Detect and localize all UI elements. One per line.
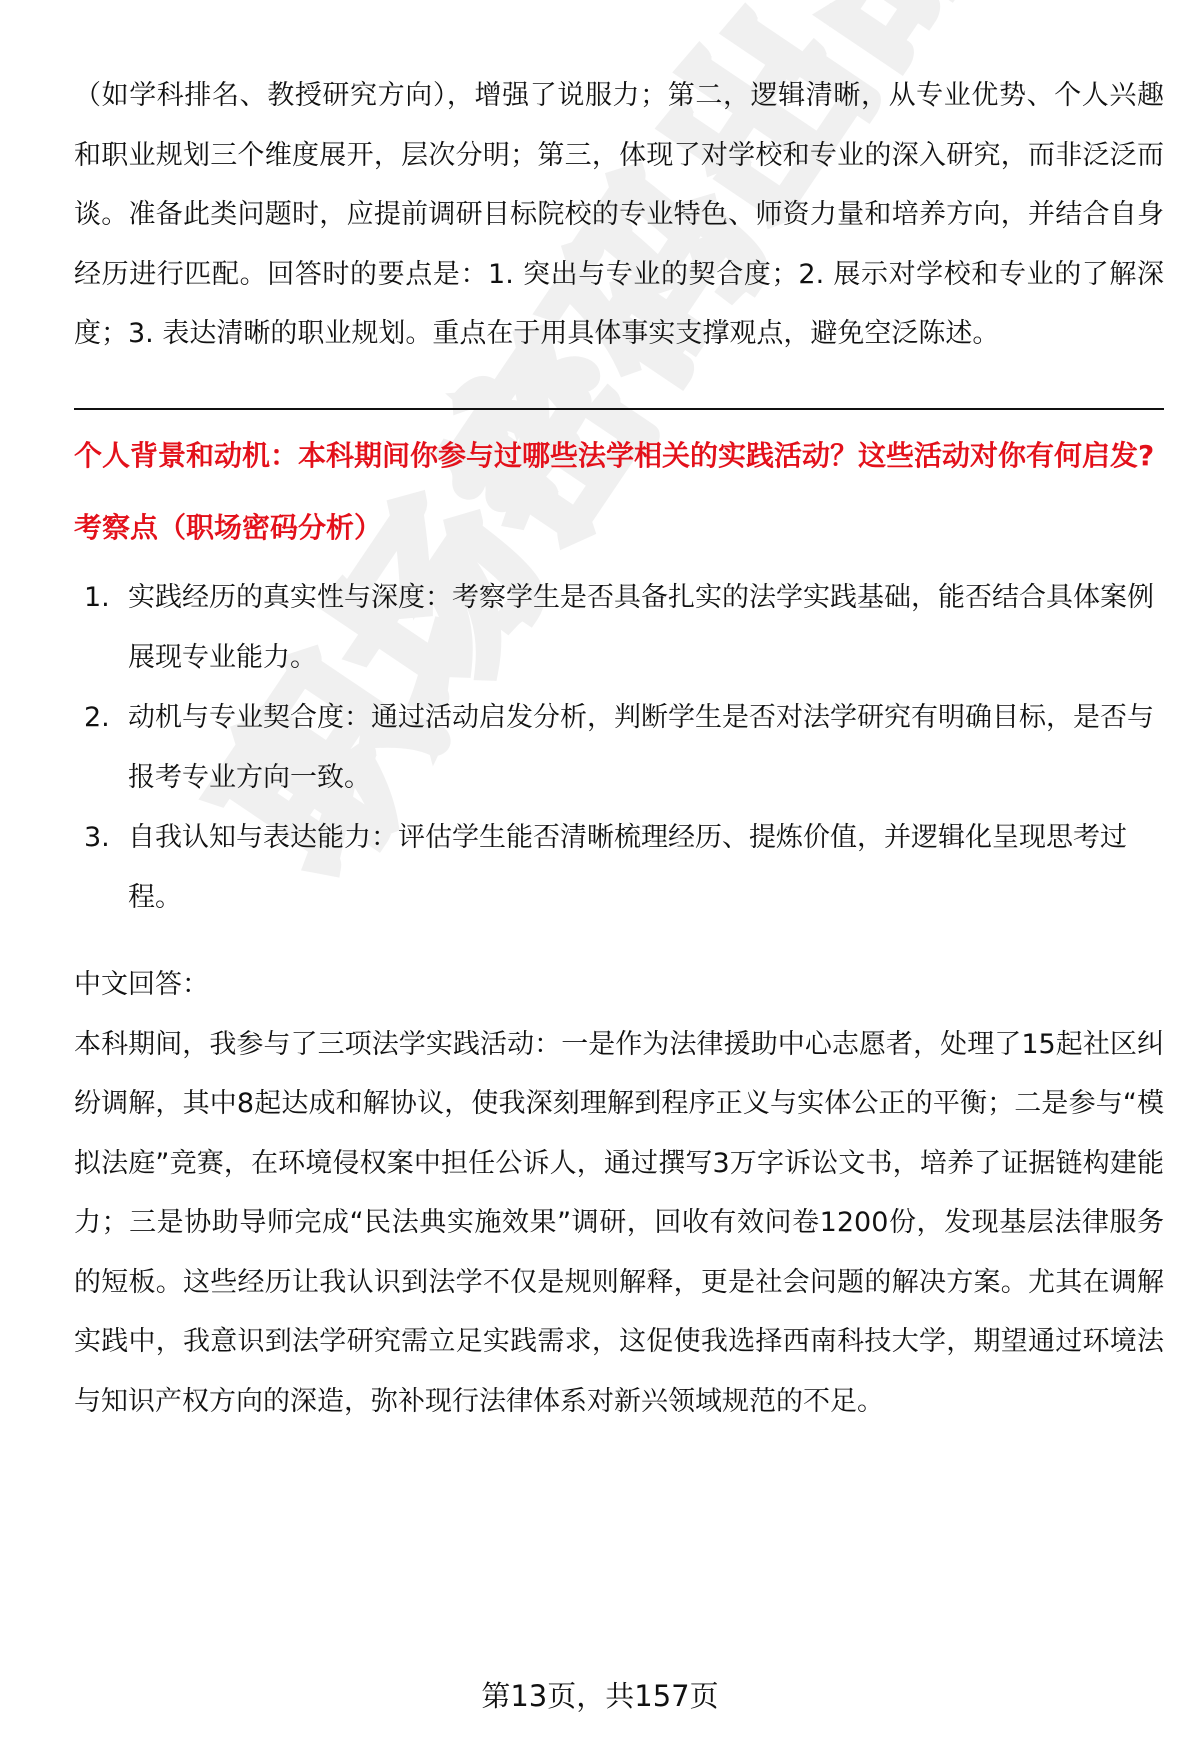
- page-content: （如学科排名、教授研究方向），增强了说服力；第二，逻辑清晰，从专业优势、个人兴趣…: [74, 66, 1164, 1431]
- list-item-text: 自我认知与表达能力：评估学生能否清晰梳理经历、提炼价值，并逻辑化呈现思考过程。: [128, 822, 1127, 913]
- list-item: 1. 实践经历的真实性与深度：考察学生是否具备扎实的法学实践基础，能否结合具体案…: [74, 568, 1164, 688]
- answer-body: 本科期间，我参与了三项法学实践活动：一是作为法律援助中心志愿者，处理了15起社区…: [74, 1015, 1164, 1432]
- list-item-text: 实践经历的真实性与深度：考察学生是否具备扎实的法学实践基础，能否结合具体案例展现…: [128, 582, 1154, 673]
- assessment-heading: 考察点（职场密码分析）: [74, 508, 1164, 548]
- list-item-number: 1.: [84, 568, 110, 628]
- list-item: 2. 动机与专业契合度：通过活动启发分析，判断学生是否对法学研究有明确目标，是否…: [74, 688, 1164, 808]
- list-item-number: 3.: [84, 808, 110, 868]
- previous-answer-continuation: （如学科排名、教授研究方向），增强了说服力；第二，逻辑清晰，从专业优势、个人兴趣…: [74, 66, 1164, 364]
- list-item-text: 动机与专业契合度：通过活动启发分析，判断学生是否对法学研究有明确目标，是否与报考…: [128, 702, 1154, 793]
- list-item-number: 2.: [84, 688, 110, 748]
- answer-label: 中文回答：: [74, 955, 1164, 1015]
- document-page: 职场密码出品 （如学科排名、教授研究方向），增强了说服力；第二，逻辑清晰，从专业…: [0, 0, 1200, 1755]
- section-divider: [74, 408, 1164, 410]
- list-item: 3. 自我认知与表达能力：评估学生能否清晰梳理经历、提炼价值，并逻辑化呈现思考过…: [74, 808, 1164, 928]
- page-number-footer: 第13页，共157页: [0, 1674, 1200, 1718]
- assessment-points-list: 1. 实践经历的真实性与深度：考察学生是否具备扎实的法学实践基础，能否结合具体案…: [74, 568, 1164, 928]
- question-heading: 个人背景和动机：本科期间你参与过哪些法学相关的实践活动？这些活动对你有何启发?: [74, 436, 1164, 476]
